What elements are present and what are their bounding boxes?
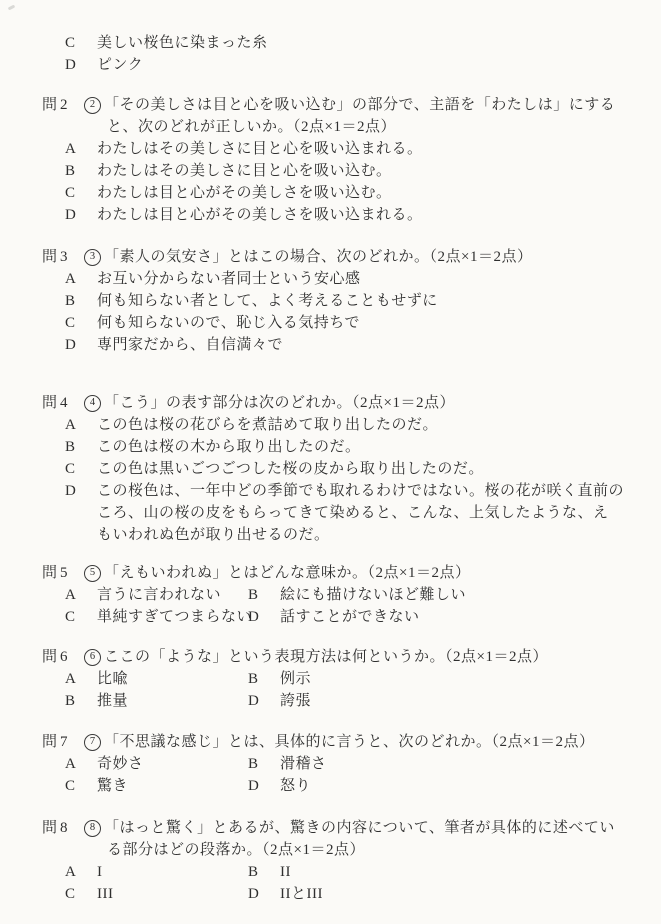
option-text: 誇張 xyxy=(280,690,311,712)
question-block-5: 問5 5 「えもいわれぬ」とはどんな意味か。（2点×1＝2点） A 言うに言われ… xyxy=(42,562,651,628)
option-letter: D xyxy=(248,883,280,905)
question-text: ここの「ような」という表現方法は何というか。（2点×1＝2点） xyxy=(104,646,548,668)
option-row: B わたしはその美しさに目と心を吸い込む。 xyxy=(42,160,651,182)
circled-number: 4 xyxy=(84,395,101,412)
option-row: D わたしは目と心がその美しさを吸い込まれる。 xyxy=(42,204,651,226)
question-label: 問3 xyxy=(42,246,84,268)
option-row: B 何も知らない者として、よく考えることもせずに xyxy=(42,290,651,312)
option-letter: C xyxy=(65,312,97,334)
leftover-options-block: C 美しい桜色に染まった糸 D ピンク xyxy=(42,32,651,76)
option-text: III xyxy=(97,883,248,905)
option-letter: D xyxy=(65,334,97,356)
option-text: 美しい桜色に染まった糸 xyxy=(97,32,268,54)
question-heading: 問6 6 ここの「ような」という表現方法は何というか。（2点×1＝2点） xyxy=(42,646,651,668)
option-text: わたしはその美しさに目と心を吸い込む。 xyxy=(97,160,392,182)
option-letter: C xyxy=(65,182,97,204)
option-letter: D xyxy=(65,480,97,502)
option-text: わたしはその美しさに目と心を吸い込まれる。 xyxy=(97,138,423,160)
question-block-8: 問8 8 「はっと驚く」とあるが、驚きの内容について、筆者が具体的に述べてい る… xyxy=(42,817,651,905)
question-block-6: 問6 6 ここの「ような」という表現方法は何というか。（2点×1＝2点） A 比… xyxy=(42,646,651,712)
option-letter: A xyxy=(65,268,97,290)
option-letter: C xyxy=(65,775,97,797)
option-text: 奇妙さ xyxy=(97,753,248,775)
option-letter: B xyxy=(65,290,97,312)
option-letter: A xyxy=(65,414,97,436)
option-row: A 比喩 B 例示 xyxy=(42,668,651,690)
circled-number: 7 xyxy=(84,734,101,751)
option-row: D 専門家だから、自信満々で xyxy=(42,334,651,356)
question-text: 「こう」の表す部分は次のどれか。（2点×1＝2点） xyxy=(104,392,455,414)
question-text: 「はっと驚く」とあるが、驚きの内容について、筆者が具体的に述べてい xyxy=(104,817,615,839)
option-row: C 単純すぎてつまらない D 話すことができない xyxy=(42,606,651,628)
option-text: 驚き xyxy=(97,775,248,797)
option-row: C III D IIとIII xyxy=(42,883,651,905)
option-letter: B xyxy=(248,861,280,883)
option-letter: C xyxy=(65,458,97,480)
option-text: 比喩 xyxy=(97,668,248,690)
question-heading: 問8 8 「はっと驚く」とあるが、驚きの内容について、筆者が具体的に述べてい xyxy=(42,817,651,839)
option-letter: A xyxy=(65,753,97,775)
option-text: 例示 xyxy=(280,668,311,690)
option-letter: A xyxy=(65,584,97,606)
option-text: この色は桜の花びらを煮詰めて取り出したのだ。 xyxy=(97,414,438,436)
option-row: C 驚き D 怒り xyxy=(42,775,651,797)
option-letter: C xyxy=(65,32,97,54)
question-text-continuation: と、次のどれが正しいか。（2点×1＝2点） xyxy=(107,116,651,138)
option-row: A 奇妙さ B 滑稽さ xyxy=(42,753,651,775)
option-text: 何も知らないので、恥じ入る気持ちで xyxy=(97,312,360,334)
circled-number: 6 xyxy=(84,649,101,666)
option-text: この色は黒いごつごつした桜の皮から取り出したのだ。 xyxy=(97,458,484,480)
question-heading: 問5 5 「えもいわれぬ」とはどんな意味か。（2点×1＝2点） xyxy=(42,562,651,584)
circled-number: 8 xyxy=(84,820,101,837)
question-text: 「不思議な感じ」とは、具体的に言うと、次のどれか。（2点×1＝2点） xyxy=(104,731,594,753)
option-text: お互い分からない者同士という安心感 xyxy=(97,268,361,290)
option-letter: D xyxy=(65,54,97,76)
option-row: C わたしは目と心がその美しさを吸い込む。 xyxy=(42,182,651,204)
option-text: 単純すぎてつまらない xyxy=(97,606,248,628)
option-letter: B xyxy=(248,753,280,775)
option-text: I xyxy=(97,861,248,883)
question-label: 問4 xyxy=(42,392,84,414)
option-row: A I B II xyxy=(42,861,651,883)
option-letter: B xyxy=(248,584,280,606)
question-text: 「えもいわれぬ」とはどんな意味か。（2点×1＝2点） xyxy=(104,562,470,584)
option-letter: A xyxy=(65,138,97,160)
option-text: 滑稽さ xyxy=(280,753,327,775)
question-heading: 問2 2 「その美しさは目と心を吸い込む」の部分で、主語を「わたしは」にする xyxy=(42,94,651,116)
option-letter: B xyxy=(65,436,97,458)
option-letter: B xyxy=(65,690,97,712)
option-row: A わたしはその美しさに目と心を吸い込まれる。 xyxy=(42,138,651,160)
option-letter: D xyxy=(65,204,97,226)
question-label: 問8 xyxy=(42,817,84,839)
option-text: II xyxy=(280,861,291,883)
question-block-4: 問4 4 「こう」の表す部分は次のどれか。（2点×1＝2点） A この色は桜の花… xyxy=(42,392,651,546)
option-text: わたしは目と心がその美しさを吸い込む。 xyxy=(97,182,392,204)
option-text: 話すことができない xyxy=(280,606,420,628)
circled-number: 3 xyxy=(84,249,101,266)
question-heading: 問4 4 「こう」の表す部分は次のどれか。（2点×1＝2点） xyxy=(42,392,651,414)
option-text: 言うに言われない xyxy=(97,584,248,606)
scan-artifact xyxy=(8,5,16,11)
option-letter: D xyxy=(248,775,280,797)
option-row: C 何も知らないので、恥じ入る気持ちで xyxy=(42,312,651,334)
option-row: D この桜色は、一年中どの季節でも取れるわけではない。桜の花が咲く直前の xyxy=(42,480,651,502)
option-letter: B xyxy=(248,668,280,690)
option-text: 怒り xyxy=(280,775,311,797)
option-row: B この色は桜の木から取り出したのだ。 xyxy=(42,436,651,458)
option-row: C 美しい桜色に染まった糸 xyxy=(42,32,651,54)
option-text: わたしは目と心がその美しさを吸い込まれる。 xyxy=(97,204,423,226)
option-row: B 推量 D 誇張 xyxy=(42,690,651,712)
option-text-continuation: ころ、山の桜の皮をもらってきて染めると、こんな、上気したような、え xyxy=(97,502,651,524)
option-text-continuation: もいわれぬ色が取り出せるのだ。 xyxy=(97,524,651,546)
question-text: 「その美しさは目と心を吸い込む」の部分で、主語を「わたしは」にする xyxy=(104,94,615,116)
option-letter: A xyxy=(65,668,97,690)
option-letter: C xyxy=(65,883,97,905)
question-heading: 問3 3 「素人の気安さ」とはこの場合、次のどれか。（2点×1＝2点） xyxy=(42,246,651,268)
option-text: この色は桜の木から取り出したのだ。 xyxy=(97,436,361,458)
question-label: 問7 xyxy=(42,731,84,753)
option-row: D ピンク xyxy=(42,54,651,76)
circled-number: 2 xyxy=(84,97,101,114)
question-label: 問6 xyxy=(42,646,84,668)
question-block-3: 問3 3 「素人の気安さ」とはこの場合、次のどれか。（2点×1＝2点） A お互… xyxy=(42,246,651,356)
question-text: 「素人の気安さ」とはこの場合、次のどれか。（2点×1＝2点） xyxy=(104,246,532,268)
question-block-7: 問7 7 「不思議な感じ」とは、具体的に言うと、次のどれか。（2点×1＝2点） … xyxy=(42,731,651,797)
option-letter: C xyxy=(65,606,97,628)
circled-number: 5 xyxy=(84,565,101,582)
option-letter: A xyxy=(65,861,97,883)
option-text: 何も知らない者として、よく考えることもせずに xyxy=(97,290,438,312)
option-text: 絵にも描けないほど難しい xyxy=(280,584,466,606)
exam-page: C 美しい桜色に染まった糸 D ピンク 問2 2 「その美しさは目と心を吸い込む… xyxy=(0,0,661,924)
question-heading: 問7 7 「不思議な感じ」とは、具体的に言うと、次のどれか。（2点×1＝2点） xyxy=(42,731,651,753)
option-text: ピンク xyxy=(97,54,143,76)
option-text: 推量 xyxy=(97,690,248,712)
option-letter: B xyxy=(65,160,97,182)
option-row: A 言うに言われない B 絵にも描けないほど難しい xyxy=(42,584,651,606)
option-row: C この色は黒いごつごつした桜の皮から取り出したのだ。 xyxy=(42,458,651,480)
question-text-continuation: る部分はどの段落か。（2点×1＝2点） xyxy=(107,839,651,861)
option-letter: D xyxy=(248,606,280,628)
question-label: 問5 xyxy=(42,562,84,584)
option-text: 専門家だから、自信満々で xyxy=(97,334,283,356)
option-row: A お互い分からない者同士という安心感 xyxy=(42,268,651,290)
question-label: 問2 xyxy=(42,94,84,116)
option-text: この桜色は、一年中どの季節でも取れるわけではない。桜の花が咲く直前の xyxy=(97,480,624,502)
question-block-2: 問2 2 「その美しさは目と心を吸い込む」の部分で、主語を「わたしは」にする と… xyxy=(42,94,651,226)
option-row: A この色は桜の花びらを煮詰めて取り出したのだ。 xyxy=(42,414,651,436)
option-text: IIとIII xyxy=(280,883,323,905)
option-letter: D xyxy=(248,690,280,712)
